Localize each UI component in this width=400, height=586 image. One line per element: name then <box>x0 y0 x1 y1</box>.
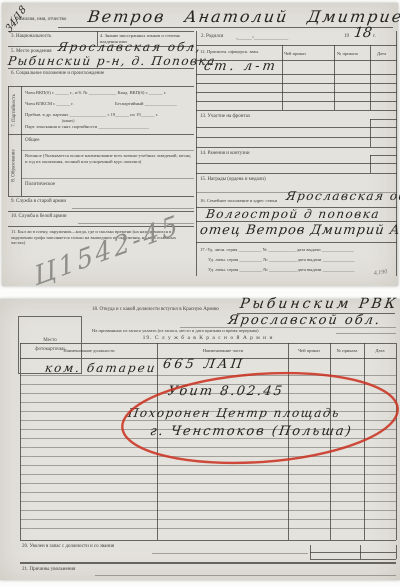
divider-line <box>370 45 371 110</box>
ruled-line <box>196 101 397 102</box>
divider-line <box>334 45 335 110</box>
field-awards-label: 15. Награды (ордена и медали) <box>200 177 266 183</box>
ruled-line <box>8 211 194 212</box>
field-enlist-label: 18. Откуда и с какой должности вступил в… <box>92 307 219 313</box>
red-oval-annotation <box>118 366 400 470</box>
field-white-army-label: 10. Служба в белой армии <box>11 214 67 220</box>
divider-line <box>396 545 397 559</box>
divider-line <box>21 86 22 134</box>
ruled-line <box>20 528 396 529</box>
enlist-value-2: Ярославской обл. <box>227 313 382 328</box>
ruled-line <box>196 173 397 174</box>
party-row-other: Пребыв. в др. партиях ________________ с… <box>25 112 193 118</box>
ruled-line <box>196 147 397 148</box>
enlist-value-1: Рыбинским РВК <box>239 296 400 312</box>
field-social-label: 6. Социальное положение и происхождение <box>11 71 104 77</box>
ruled-line <box>370 119 397 120</box>
party-row-vkpb: Член ВКП(б) с ______ г., п/б. № ________… <box>25 90 193 96</box>
ruled-line <box>21 150 194 151</box>
party-section-label: 7. Партийность <box>8 86 21 134</box>
field-born-label: 2. Родился <box>201 34 223 40</box>
ruled-line <box>20 492 396 493</box>
field-discharge-label: 20. Уволен в запас с должности и со зван… <box>22 544 114 550</box>
field-born-year-suffix: г. <box>373 34 376 40</box>
ruled-line <box>196 242 397 243</box>
education-section-label: 8. Образование <box>8 134 21 196</box>
field-fronts-label: 13. Участие на фронтах <box>200 114 250 120</box>
table-col-date: Дата <box>365 348 395 354</box>
ruled-line <box>196 163 397 164</box>
party-row-nonparty: Беспартийный ______________ <box>115 101 177 107</box>
ruled-line <box>152 553 308 554</box>
ruled-line <box>370 155 397 156</box>
ruled-line <box>95 575 396 576</box>
table-col-unit: Наименование части <box>160 348 286 354</box>
family-value-1: Ярославская обл, <box>285 189 400 203</box>
ruled-line <box>310 552 396 553</box>
ruled-line <box>20 474 396 475</box>
party-row-other-note: (каких) <box>62 118 74 123</box>
ruled-line <box>196 45 397 46</box>
field-born-blank: „______“_______________ <box>236 35 288 41</box>
service-section-title: 19. С л у ж б а в К р а с н о й А р м и … <box>20 335 396 342</box>
divider-line <box>396 31 397 276</box>
education-general: Общее <box>25 138 39 144</box>
ruled-line <box>196 221 397 222</box>
field-born-year-value: 18 <box>353 25 373 41</box>
party-row-penalty: Парт. взыскания и снят. партийности ____… <box>25 124 193 130</box>
ruled-line <box>336 333 396 334</box>
education-political: Политическое <box>25 182 55 188</box>
field-old-army-label: 9. Служба в старой армии <box>11 199 66 205</box>
id-card-row-3: Уд. личн. серия __________ № ___________… <box>208 267 355 273</box>
table-col-position: Наименование должности <box>22 348 156 354</box>
ruled-line <box>196 74 397 75</box>
ruled-line <box>8 134 194 135</box>
divider-line <box>21 134 22 196</box>
ruled-line <box>196 92 397 93</box>
divider-line <box>370 155 371 173</box>
ruled-line <box>196 137 397 138</box>
ruled-line <box>8 68 194 69</box>
field-birthplace-value-2: Рыбинский р-н, д. Поповка <box>7 54 217 68</box>
ruled-line <box>20 540 396 541</box>
rank-col-number: № приказа <box>337 51 358 57</box>
ruled-line <box>20 519 396 520</box>
table-col-number: № приказа <box>331 348 363 354</box>
family-value-2: Волгострой д поповка <box>205 207 381 221</box>
ruled-line <box>8 31 194 32</box>
ruled-line <box>196 127 397 128</box>
rank-value: ст. л-т <box>203 59 279 74</box>
field-born-year-prefix: 19 <box>344 34 349 40</box>
education-military: Военное (Указывается полное наименование… <box>25 153 191 164</box>
divider-line <box>370 119 371 147</box>
divider-line <box>282 45 283 110</box>
reserve-note: На призванных из запаса указать (из запа… <box>92 328 342 334</box>
field-wounds-label: 14. Ранения и контузии <box>200 151 250 157</box>
ruled-line <box>8 196 194 197</box>
field-birthplace-value-1: Ярославская обл, <box>57 40 203 54</box>
party-row-vlksm: Член ВЛКСМ с ______ г. <box>25 101 74 107</box>
ruled-line <box>21 178 194 179</box>
family-value-3: отец Ветров Дмитрий Алексан <box>199 223 400 238</box>
ruled-line <box>20 501 396 502</box>
id-card-row-2: Уд. личн. серия __________ № ___________… <box>208 257 355 263</box>
field-family-label: 16. Семейное положение и адрес семьи <box>200 198 288 204</box>
ruled-line <box>20 510 396 511</box>
field-discharge-reason-label: 21. Причины увольнения <box>22 567 75 573</box>
ruled-line <box>196 110 397 111</box>
field-nationality-label: 3. Национальность <box>11 34 51 40</box>
ruled-line <box>196 83 397 84</box>
ruled-line <box>20 483 396 484</box>
scanned-record-card: 34/18 1. Фамилия, имя, отчество Ветров А… <box>0 0 400 586</box>
table-col-order: Чей приказ <box>290 348 328 354</box>
ruled-line <box>58 27 393 28</box>
rank-col-date: Дата <box>377 51 386 57</box>
rank-col-order: Чей приказ <box>284 51 332 57</box>
id-card-row-1: 17.-Уд. личн. серия __________ № _______… <box>200 247 354 253</box>
ruled-line <box>310 559 396 560</box>
double-rule <box>20 562 396 564</box>
ruled-line <box>8 86 194 87</box>
field-name-value: Ветров Анатолий Дмитриевич <box>87 7 400 26</box>
